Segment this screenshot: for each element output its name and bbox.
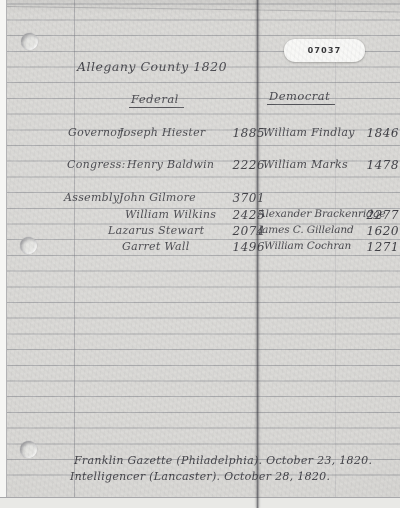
paper-top-edge	[7, 6, 400, 13]
archive-number: 07037	[308, 46, 342, 55]
federal-candidate: Joseph Hiester	[119, 126, 205, 139]
democrat-votes: 1478	[361, 158, 399, 172]
democrat-candidate: James C. Gilleland	[258, 224, 354, 236]
result-row: Congress: Henry Baldwin 2226 William Mar…	[7, 158, 400, 173]
federal-candidate: Lazarus Stewart	[108, 224, 204, 237]
source-citation: Franklin Gazette (Philadelphia). October…	[74, 454, 372, 467]
office-label: Assembly:	[64, 191, 123, 204]
result-row: Garret Wall 1496 William Cochran 1271	[7, 240, 400, 255]
page-fold-crease	[256, 0, 259, 508]
democrat-candidate: William Cochran	[264, 240, 351, 252]
office-label: Congress:	[67, 158, 126, 171]
column-header-democrat: Democrat	[267, 89, 335, 105]
punch-hole-bottom	[20, 441, 37, 458]
page-title: Allegany County 1820	[77, 59, 227, 74]
result-row: Lazarus Stewart 2074 James C. Gilleland …	[7, 224, 400, 239]
ruled-paper: 07037 Allegany County 1820 Federal Democ…	[6, 0, 400, 497]
result-row: Assembly: John Gilmore 3701	[7, 191, 400, 206]
federal-candidate: William Wilkins	[125, 208, 216, 221]
democrat-votes: 1846	[361, 126, 399, 140]
result-row: Governor: Joseph Hiester 1885 William Fi…	[7, 126, 400, 141]
column-header-federal: Federal	[129, 92, 184, 108]
federal-candidate: Henry Baldwin	[127, 158, 214, 171]
office-label: Governor:	[68, 126, 127, 139]
democrat-candidate: William Marks	[263, 158, 348, 171]
punch-hole-top	[21, 33, 38, 50]
federal-candidate: John Gilmore	[119, 191, 196, 204]
result-row: William Wilkins 2425 Alexander Brackenri…	[7, 208, 400, 223]
democrat-votes: 1271	[361, 240, 399, 254]
archive-number-sticker: 07037	[284, 39, 365, 62]
democrat-votes: 2277	[361, 208, 399, 222]
scanned-ledger-page: 07037 Allegany County 1820 Federal Democ…	[0, 0, 400, 508]
democrat-candidate: William Findlay	[263, 126, 355, 139]
federal-candidate: Garret Wall	[122, 240, 190, 253]
backing-paper-strip	[0, 497, 400, 508]
democrat-votes: 1620	[361, 224, 399, 238]
source-citation: Intelligencer (Lancaster). October 28, 1…	[70, 470, 330, 483]
